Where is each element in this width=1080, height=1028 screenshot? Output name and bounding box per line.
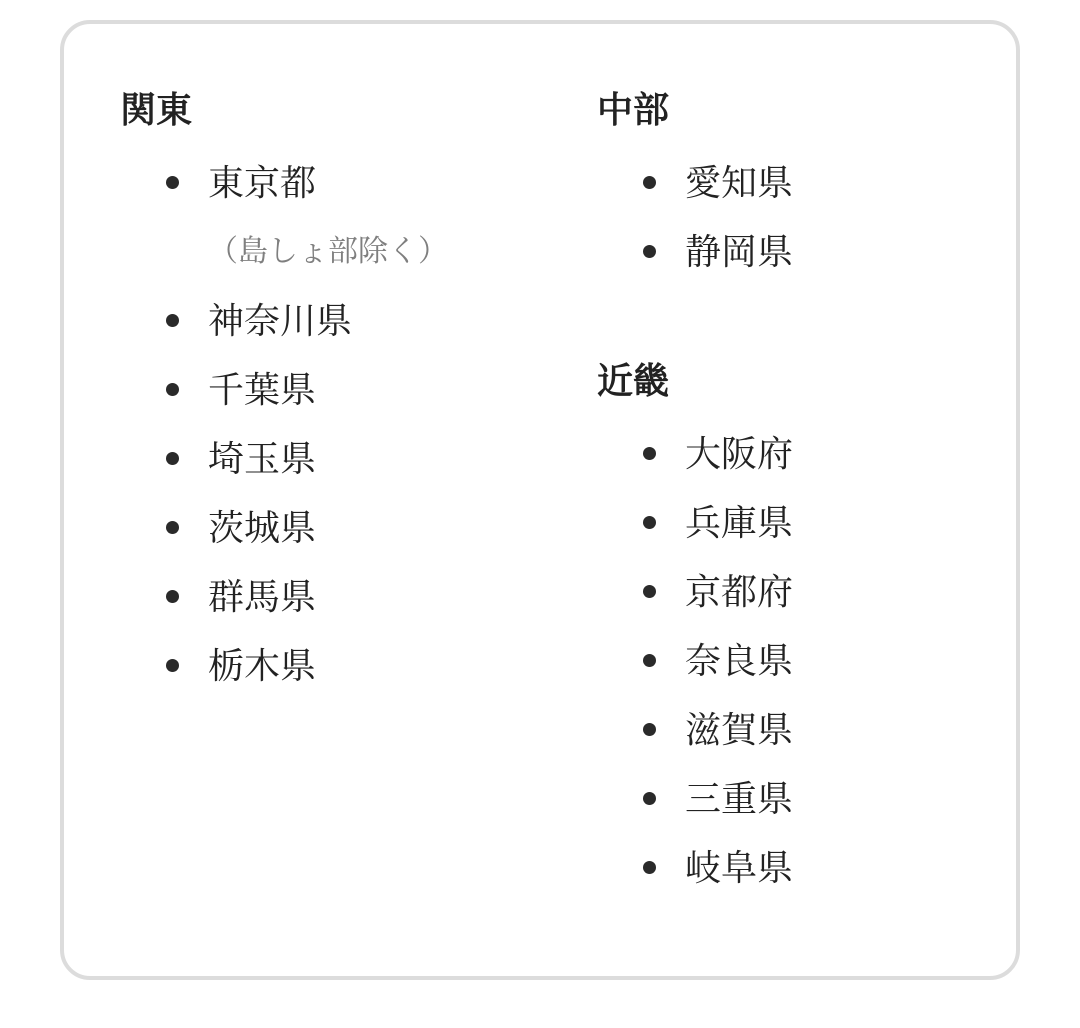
bullet-icon [643, 792, 656, 805]
bullet-icon [166, 176, 179, 189]
prefecture-item-hyogo: 兵庫県 [597, 501, 976, 544]
prefecture-label: 埼玉県 [208, 437, 597, 480]
section-kinki: 近畿 大阪府 兵庫県 京都府 奈良県 [597, 359, 976, 889]
prefecture-label: 大阪府 [685, 432, 976, 475]
prefecture-label: 滋賀県 [685, 708, 976, 751]
prefecture-item-tokyo: 東京都 （島しょ部除く） [120, 161, 597, 273]
section-heading-kinki: 近畿 [597, 359, 976, 402]
bullet-icon [643, 245, 656, 258]
bullet-icon [166, 659, 179, 672]
prefecture-item-osaka: 大阪府 [597, 432, 976, 475]
bullet-icon [643, 723, 656, 736]
prefecture-item-tochigi: 栃木県 [120, 644, 597, 687]
prefecture-item-mie: 三重県 [597, 777, 976, 820]
prefecture-label: 奈良県 [685, 639, 976, 682]
bullet-icon [166, 452, 179, 465]
prefecture-item-kyoto: 京都府 [597, 570, 976, 613]
prefecture-item-shizuoka: 静岡県 [597, 230, 976, 273]
prefecture-label: 千葉県 [208, 368, 597, 411]
prefecture-item-gunma: 群馬県 [120, 575, 597, 618]
prefecture-item-shiga: 滋賀県 [597, 708, 976, 751]
prefecture-list-kinki: 大阪府 兵庫県 京都府 奈良県 滋賀県 [597, 432, 976, 889]
prefecture-label: 三重県 [685, 777, 976, 820]
prefecture-label: 東京都 [208, 161, 597, 204]
bullet-icon [643, 516, 656, 529]
prefecture-item-gifu: 岐阜県 [597, 846, 976, 889]
bullet-icon [166, 590, 179, 603]
bullet-icon [166, 383, 179, 396]
section-kanto: 関東 東京都 （島しょ部除く） 神奈川県 千葉県 埼玉県 [120, 88, 597, 687]
prefecture-item-ibaraki: 茨城県 [120, 506, 597, 549]
section-heading-chubu: 中部 [597, 88, 976, 131]
prefecture-item-aichi: 愛知県 [597, 161, 976, 204]
prefecture-label: 栃木県 [208, 644, 597, 687]
prefecture-label: 神奈川県 [208, 299, 597, 342]
bullet-icon [643, 176, 656, 189]
bullet-icon [166, 314, 179, 327]
bullet-icon [643, 861, 656, 874]
region-list-card: 関東 東京都 （島しょ部除く） 神奈川県 千葉県 埼玉県 [60, 20, 1020, 980]
bullet-icon [643, 585, 656, 598]
prefecture-item-chiba: 千葉県 [120, 368, 597, 411]
prefecture-label: 京都府 [685, 570, 976, 613]
prefecture-label: 茨城県 [208, 506, 597, 549]
prefecture-label: 岐阜県 [685, 846, 976, 889]
prefecture-label: 群馬県 [208, 575, 597, 618]
prefecture-item-saitama: 埼玉県 [120, 437, 597, 480]
bullet-icon [643, 654, 656, 667]
prefecture-list-kanto: 東京都 （島しょ部除く） 神奈川県 千葉県 埼玉県 茨城県 [120, 161, 597, 687]
prefecture-label: 愛知県 [685, 161, 976, 204]
prefecture-label: 静岡県 [685, 230, 976, 273]
section-heading-kanto: 関東 [120, 88, 597, 131]
bullet-icon [166, 521, 179, 534]
column-right: 中部 愛知県 静岡県 近畿 大阪府 [597, 88, 976, 976]
prefecture-label: 兵庫県 [685, 501, 976, 544]
prefecture-item-kanagawa: 神奈川県 [120, 299, 597, 342]
section-chubu: 中部 愛知県 静岡県 [597, 88, 976, 273]
column-left: 関東 東京都 （島しょ部除く） 神奈川県 千葉県 埼玉県 [120, 88, 597, 976]
prefecture-note: （島しょ部除く） [208, 230, 597, 273]
bullet-icon [643, 447, 656, 460]
prefecture-list-chubu: 愛知県 静岡県 [597, 161, 976, 273]
prefecture-item-nara: 奈良県 [597, 639, 976, 682]
